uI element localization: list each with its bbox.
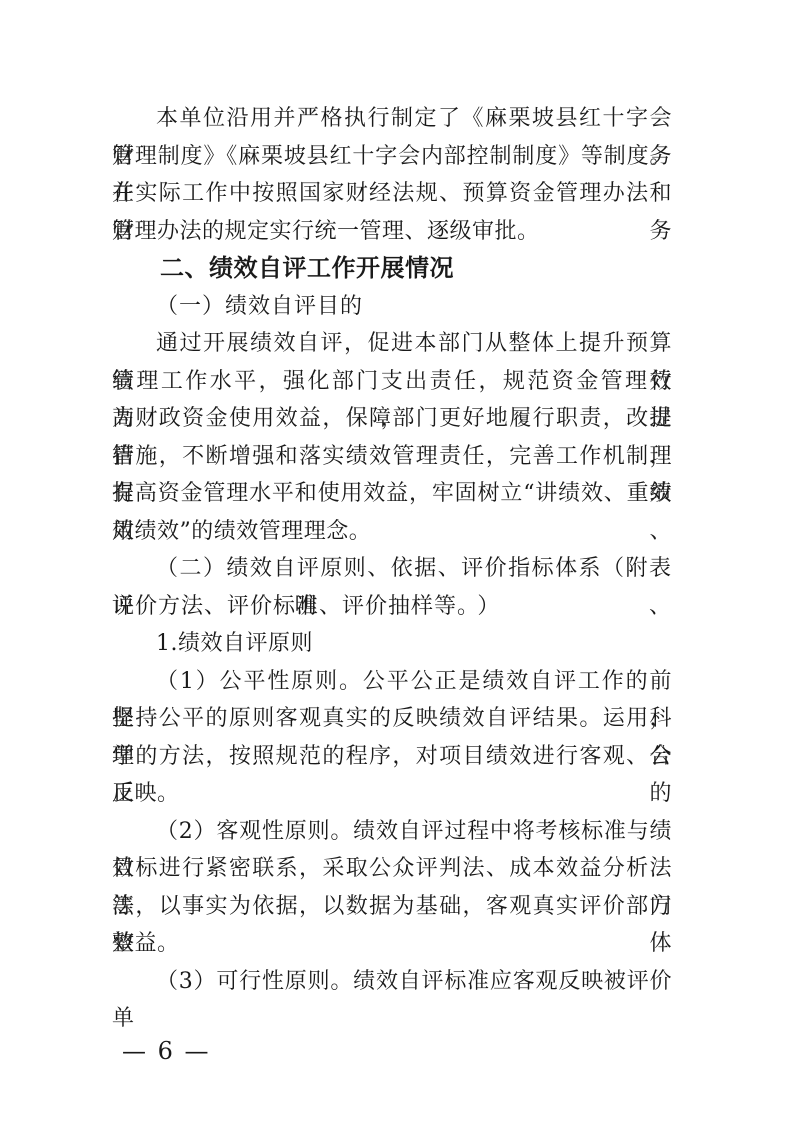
numbered-heading: 1.绩效自评原则 xyxy=(112,625,672,663)
section-heading: 二、绩效自评工作开展情况 xyxy=(112,250,672,288)
paragraph-line: 通过开展绩效自评，促进本部门从整体上提升预算绩效 xyxy=(112,325,672,363)
paragraph-line: 高财政资金使用效益，保障部门更好地履行职责，改进管理 xyxy=(112,400,672,438)
paragraph-line: （3）可行性原则。绩效自评标准应客观反映被评价单 xyxy=(112,963,672,1001)
paragraph-line: 坚持公平的原则客观真实的反映绩效自评结果。运用科学合 xyxy=(112,700,672,738)
document-page: 本单位沿用并严格执行制定了《麻栗坡县红十字会财务 管理制度》《麻栗坡县红十字会内… xyxy=(0,0,793,1122)
paragraph-line: 管理制度》《麻栗坡县红十字会内部控制制度》等制度。并 xyxy=(112,138,672,176)
paragraph-line: 理的方法，按照规范的程序，对项目绩效进行客观、公正的 xyxy=(112,738,672,776)
subsection-heading: （一）绩效自评目的 xyxy=(112,288,672,326)
paragraph-line: 法，以事实为依据，以数据为基础，客观真实评价部门整体 xyxy=(112,888,672,926)
document-body: 本单位沿用并严格执行制定了《麻栗坡县红十字会财务 管理制度》《麻栗坡县红十字会内… xyxy=(112,100,672,1000)
paragraph-line: 管理工作水平，强化部门支出责任，规范资金管理行为，提 xyxy=(112,363,672,401)
paragraph-line: 提高资金管理水平和使用效益，牢固树立“讲绩效、重绩效、 xyxy=(112,475,672,513)
paragraph-line: （1）公平性原则。公平公正是绩效自评工作的前提， xyxy=(112,663,672,701)
paragraph-line: 目标进行紧密联系，采取公众评判法、成本效益分析法等方 xyxy=(112,850,672,888)
paragraph-line: 措施，不断增强和落实绩效管理责任，完善工作机制，有效 xyxy=(112,438,672,476)
paragraph-line: （2）客观性原则。绩效自评过程中将考核标准与绩效 xyxy=(112,813,672,851)
subsection-heading: （二）绩效自评原则、依据、评价指标体系（附表说明）、 xyxy=(112,550,672,588)
paragraph-line: 本单位沿用并严格执行制定了《麻栗坡县红十字会财务 xyxy=(112,100,672,138)
page-number: — 6 — xyxy=(122,1036,211,1066)
paragraph-line: 在实际工作中按照国家财经法规、预算资金管理办法和财务 xyxy=(112,175,672,213)
